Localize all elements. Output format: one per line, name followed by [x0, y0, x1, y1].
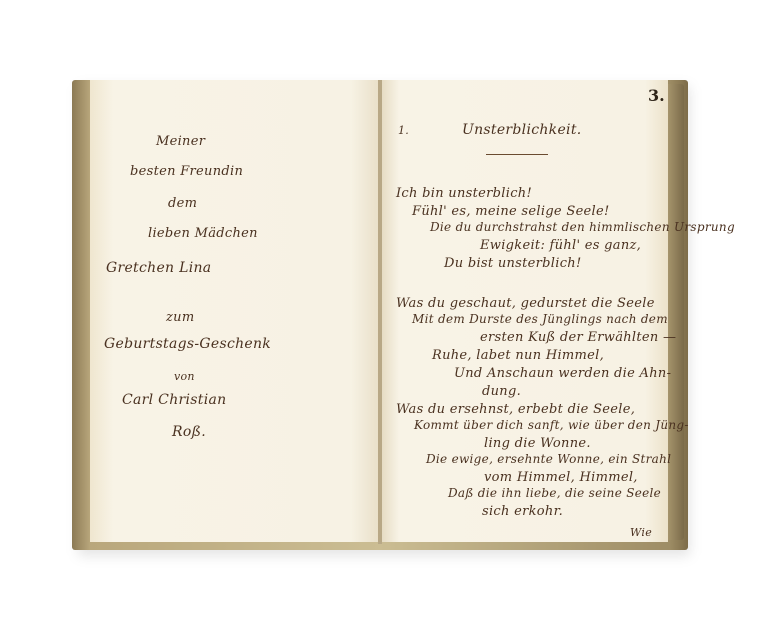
poem-line: Daß die ihn liebe, die seine Seele	[448, 486, 661, 500]
poem-line: Die ewige, ersehnte Wonne, ein Strahl	[426, 452, 671, 466]
left-page: Meiner besten Freundin dem lieben Mädche…	[90, 80, 380, 542]
poem-line: Was du geschaut, gedurstet die Seele	[396, 296, 655, 311]
poem-line: Ruhe, labet nun Himmel,	[432, 348, 604, 363]
dedication-line: Carl Christian	[122, 392, 226, 408]
dedication-line: lieben Mädchen	[148, 226, 258, 241]
dedication-line: zum	[166, 310, 194, 325]
dedication-line: Gretchen Lina	[106, 260, 211, 276]
dedication-line: Geburtstags-Geschenk	[104, 336, 271, 352]
poem-line: Fühl' es, meine selige Seele!	[412, 204, 610, 219]
poem-title: Unsterblichkeit.	[462, 122, 582, 138]
poem-line: ersten Kuß der Erwählten —	[480, 330, 676, 345]
dedication-line: dem	[168, 196, 197, 211]
poem-line: vom Himmel, Himmel,	[484, 470, 638, 485]
poem-line: Du bist unsterblich!	[444, 256, 582, 271]
dedication-line: von	[174, 370, 195, 383]
poem-line: Was du ersehnst, erbebt die Seele,	[396, 402, 635, 417]
poem-number: 1.	[398, 124, 409, 137]
poem-line: sich erkohr.	[482, 504, 563, 519]
page-number: 3.	[648, 86, 665, 105]
poem-line: Mit dem Durste des Jünglings nach dem	[412, 312, 668, 326]
catchword: Wie	[630, 526, 652, 539]
poem-line: dung.	[482, 384, 521, 399]
title-rule	[486, 154, 548, 155]
poem-line: Ewigkeit: fühl' es ganz,	[480, 238, 641, 253]
poem-line: Die du durchstrahst den himmlischen Ursp…	[430, 220, 735, 234]
poem-line: ling die Wonne.	[484, 436, 591, 451]
poem-line: Und Anschaun werden die Ahn-	[454, 366, 671, 381]
page-edges	[668, 84, 684, 540]
dedication-line: Meiner	[156, 134, 205, 149]
poem-line: Ich bin unsterblich!	[396, 186, 532, 201]
dedication-line: besten Freundin	[130, 164, 243, 179]
poem-line: Kommt über dich sanft, wie über den Jüng…	[414, 418, 689, 432]
right-page: 3. 1. Unsterblichkeit. Ich bin unsterbli…	[382, 80, 668, 542]
dedication-line: Roß.	[172, 424, 206, 440]
